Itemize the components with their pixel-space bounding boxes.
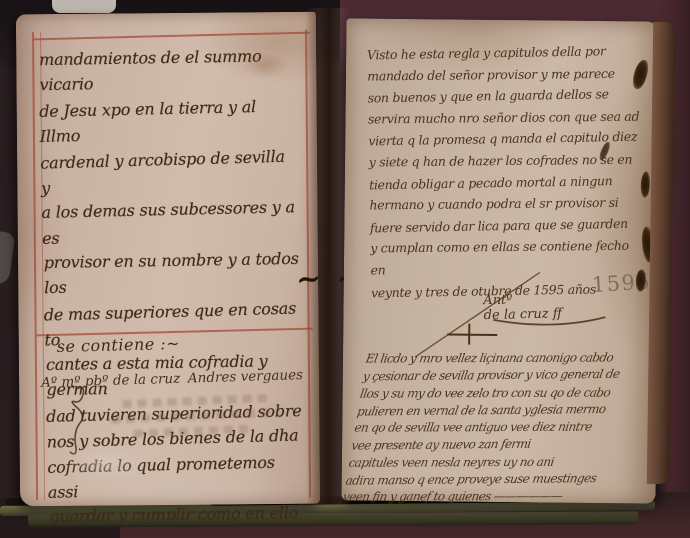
red-rule-left-outer	[32, 32, 38, 500]
signature-line: de la cruz ff	[484, 306, 563, 323]
manuscript-line: servira mucho nro señor dios con que sea…	[368, 105, 640, 129]
manuscript-line: provisor en su nombre y a todos los	[44, 246, 303, 301]
left-page: mandamientos de el summo vicario de Jesu…	[16, 12, 320, 507]
signature: Andres vergaues	[188, 367, 304, 386]
light-patch	[52, 0, 116, 13]
ink-blot	[641, 171, 650, 197]
manuscript-line: llos y su my do vee zelo tro con su qo d…	[359, 384, 658, 403]
manuscript-line: vee presente ay nuevo zan fermi	[350, 435, 649, 455]
manuscript-line: El licdo y mro vellez liçinana canonigo …	[364, 349, 663, 368]
manuscript-line: veen fin y ganef to quienes ——————	[341, 488, 640, 507]
manuscript-photo: mandamientos de el summo vicario de Jesu…	[0, 0, 690, 538]
manuscript-line: en qo de sevilla vee antiguo vee diez ni…	[353, 419, 652, 438]
second-note-block: El licdo y mro vellez liçinana canonigo …	[341, 348, 663, 507]
manuscript-line: de Jesu xpo en la tierra y al Illmo	[39, 93, 298, 150]
cross-mark	[447, 333, 497, 336]
provisor-signature: Antº de la cruz ff	[483, 291, 562, 323]
gutter-ink-mark: ~	[294, 261, 323, 298]
closing-line: se contiene :~	[57, 334, 181, 356]
red-rule-top	[34, 32, 310, 41]
cross-mark-vertical	[468, 324, 470, 345]
manuscript-line: hermano y cuando podra el sr provisor si	[369, 192, 641, 216]
manuscript-line: capitules veen nesla neyres uy no ani	[347, 453, 646, 472]
cover-corner	[0, 231, 16, 285]
right-page: Visto he esta regla y capitulos della po…	[341, 18, 660, 503]
manuscript-line: y çesionar de sevilla provisor y vico ge…	[361, 366, 660, 386]
manuscript-line: mandado del señor provisor y me parece	[367, 62, 639, 86]
manuscript-line: guardar y cumplir como en ello	[49, 500, 307, 530]
manuscript-line: cardenal y arcobispo de sevilla y	[40, 143, 299, 201]
bleedthrough-text	[122, 393, 282, 445]
approval-note-block: Visto he esta regla y capitulos della po…	[367, 40, 643, 304]
manuscript-line: a los demas sus subcessores y a es	[41, 194, 300, 251]
